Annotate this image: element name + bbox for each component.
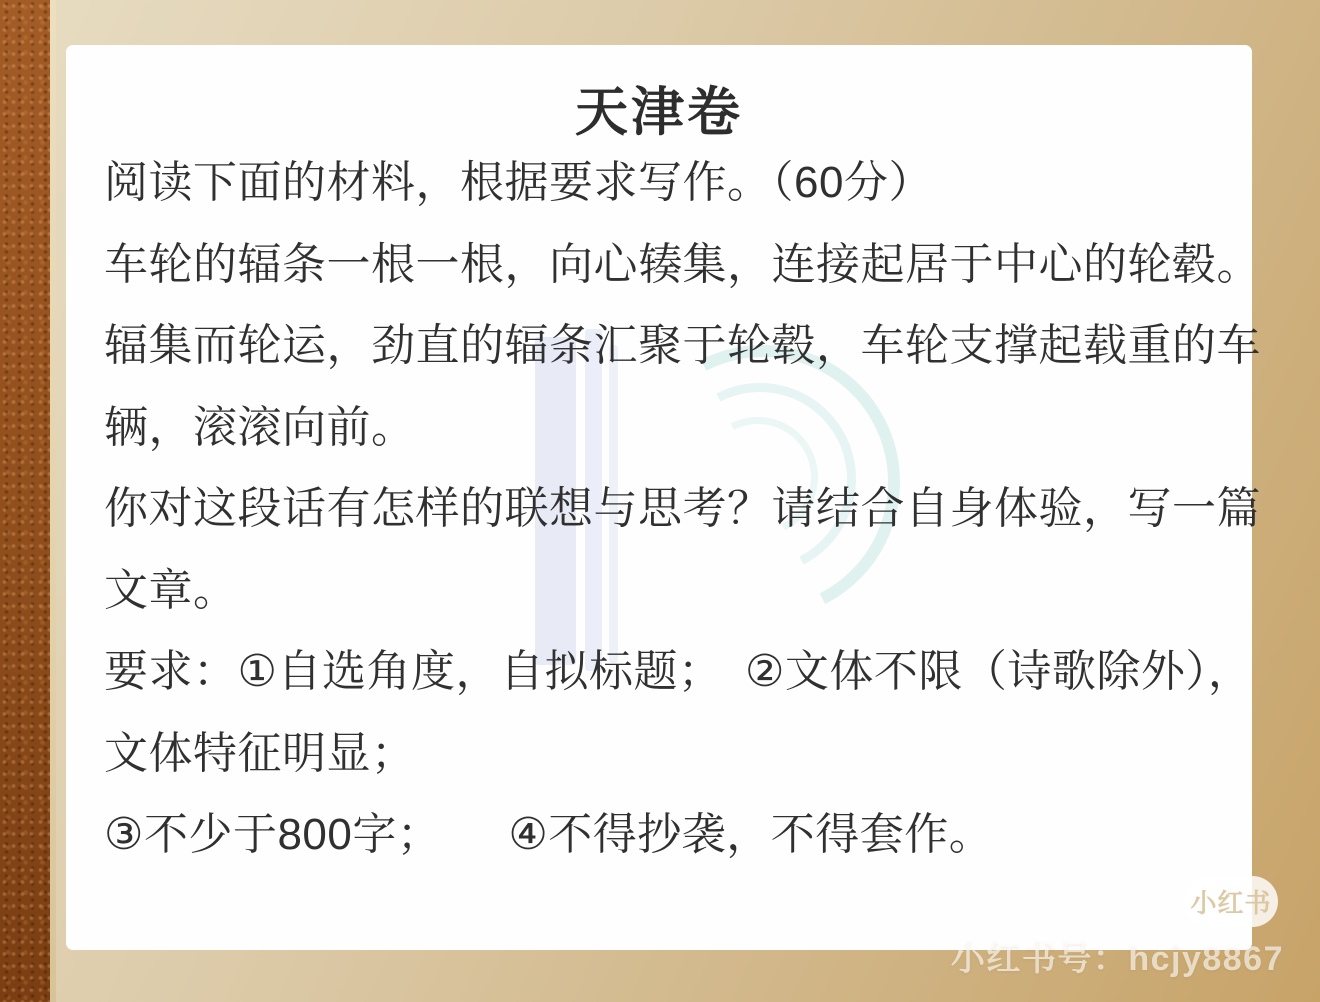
exam-paper-card: 天津卷 阅读下面的材料，根据要求写作。（60分） 车轮的辐条一根一根，向心辏集，…	[66, 45, 1252, 950]
xiaohongshu-badge-label: 小红书	[1190, 883, 1271, 920]
prompt-line: 辐集而轮运，劲直的辐条汇聚于轮毂，车轮支撑起载重的车	[104, 322, 1216, 404]
essay-prompt-body: 阅读下面的材料，根据要求写作。（60分） 车轮的辐条一根一根，向心辏集，连接起居…	[104, 159, 1216, 893]
prompt-line: ③不少于800字； ④不得抄袭，不得套作。	[104, 811, 1216, 893]
page-title: 天津卷	[66, 70, 1252, 146]
prompt-line: 你对这段话有怎样的联想与思考？请结合自身体验，写一篇	[104, 485, 1216, 567]
prompt-line: 车轮的辐条一根一根，向心辏集，连接起居于中心的轮毂。	[104, 241, 1216, 323]
prompt-line: 文章。	[104, 567, 1216, 649]
wall-edge-highlight	[50, 0, 56, 1002]
photo-background: 天津卷 阅读下面的材料，根据要求写作。（60分） 车轮的辐条一根一根，向心辏集，…	[0, 0, 1320, 1002]
xiaohongshu-account-watermark: 小红书号：hcjy8867	[951, 931, 1284, 980]
prompt-line: 文体特征明显；	[104, 730, 1216, 812]
prompt-line: 辆，滚滚向前。	[104, 404, 1216, 486]
wood-wall-strip	[0, 0, 50, 1002]
prompt-line: 阅读下面的材料，根据要求写作。（60分）	[104, 159, 1216, 241]
xiaohongshu-logo-badge: 小红书	[1184, 876, 1278, 927]
prompt-line: 要求：①自选角度，自拟标题； ②文体不限（诗歌除外），	[104, 648, 1216, 730]
